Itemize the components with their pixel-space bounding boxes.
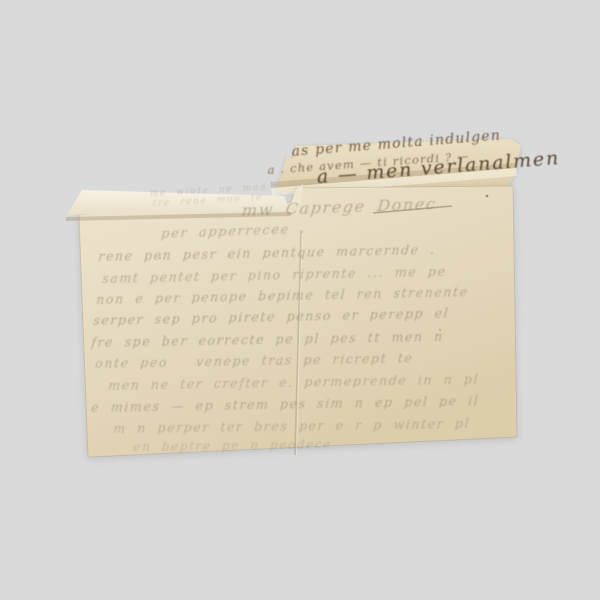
top-fold-flap: [67, 190, 290, 215]
paper-speck-2: [439, 329, 441, 331]
photo-background: as per me molta indulgen a . che avem — …: [0, 0, 600, 600]
letter-photo: [0, 0, 600, 600]
paper-speck-1: [486, 195, 489, 198]
paper-speck-3: [159, 257, 161, 259]
